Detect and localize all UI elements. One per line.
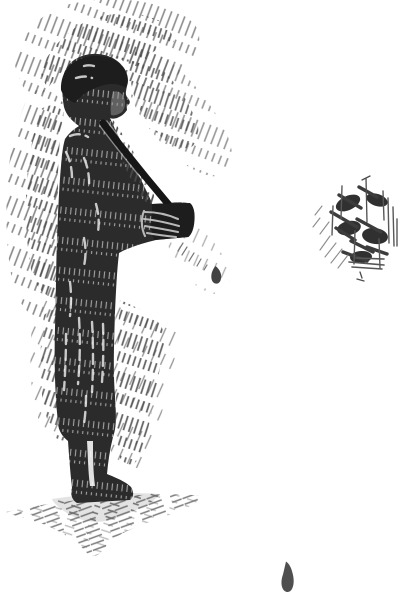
illustration-page: Pen-and-ink hatched drawing: a figure wi… <box>0 0 404 600</box>
illustration-canvas: Pen-and-ink hatched drawing: a figure wi… <box>0 0 404 600</box>
